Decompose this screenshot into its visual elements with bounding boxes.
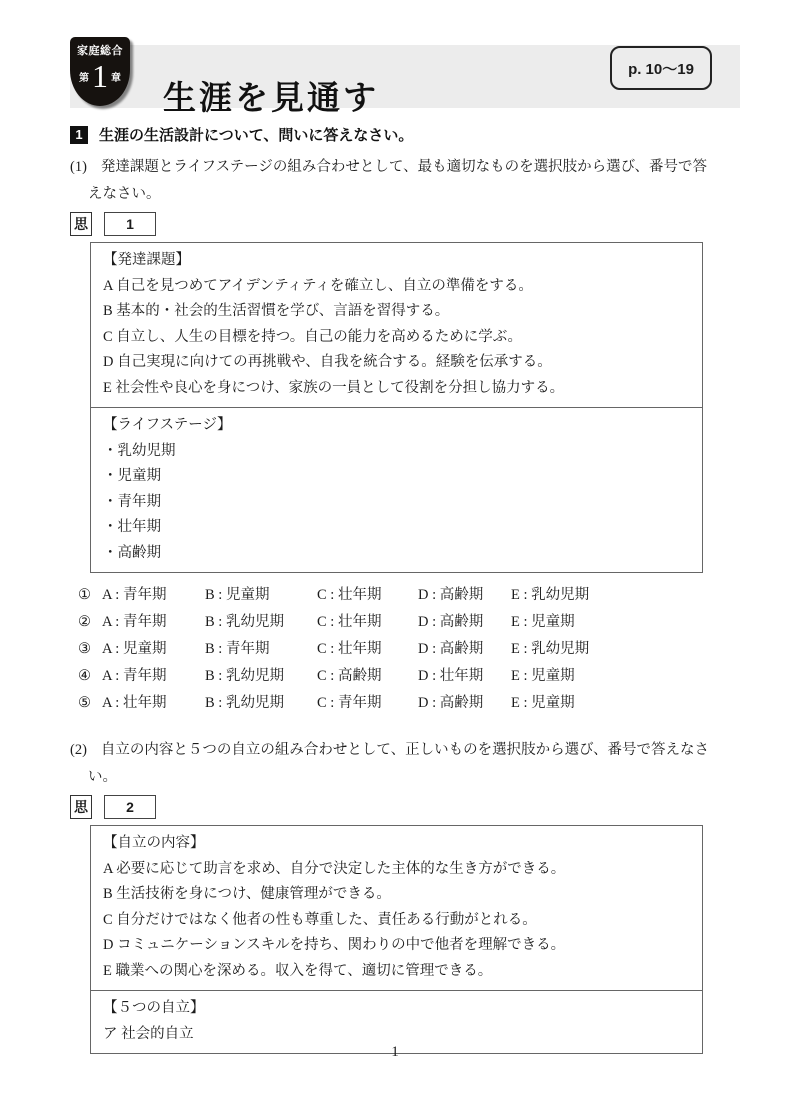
choice-cell-b: B : 児童期 xyxy=(205,582,317,609)
choice-cell-e: E : 乳幼児期 xyxy=(511,582,742,609)
choice-cell-e: E : 児童期 xyxy=(511,690,742,717)
choice-list: ① A : 青年期 B : 児童期 C : 壮年期 D : 高齢期 E : 乳幼… xyxy=(78,582,742,717)
task-item-e: E 社会性や良心を身につけ、家族の一員として役割を分担し協力する。 xyxy=(103,376,690,402)
choice-cell-d: D : 高齢期 xyxy=(418,690,511,717)
subquestion-1-label: (1) xyxy=(70,159,87,175)
subquestion-2-line2: い。 xyxy=(88,764,742,791)
life-stage-item: ・児童期 xyxy=(103,464,690,490)
chapter-number: 1 xyxy=(92,59,108,93)
life-stage-section: 【ライフステージ】 ・乳幼児期 ・児童期 ・青年期 ・壮年期 ・高齢期 xyxy=(91,407,702,572)
life-stage-item: ・高齢期 xyxy=(103,541,690,567)
independence-item-d: D コミュニケーションスキルを持ち、関わりの中で他者を理解できる。 xyxy=(103,933,690,959)
choice-cell-d: D : 高齢期 xyxy=(418,636,511,663)
choice-cell-a: A : 壮年期 xyxy=(102,690,205,717)
choice-cell-c: C : 高齢期 xyxy=(317,663,418,690)
section-title: 【発達課題】 xyxy=(103,248,690,274)
life-stage-item: ・乳幼児期 xyxy=(103,439,690,465)
choice-cell-d: D : 壮年期 xyxy=(418,663,511,690)
subquestion-1-line2: えなさい。 xyxy=(88,181,742,208)
chapter-badge: 家庭総合 第 1 章 xyxy=(70,37,130,106)
choice-marker: ① xyxy=(78,582,102,609)
answer-number-box-1: 1 xyxy=(104,212,156,236)
question-number-icon: 1 xyxy=(70,126,88,144)
subquestion-2-line1: 自立の内容と５つの自立の組み合わせとして、正しいものを選択肢から選び、番号で答え… xyxy=(101,742,709,758)
chapter-suffix: 章 xyxy=(111,69,121,84)
choice-cell-d: D : 高齢期 xyxy=(418,609,511,636)
choice-cell-c: C : 壮年期 xyxy=(317,609,418,636)
thinking-skill-tag: 思 xyxy=(70,795,92,819)
answer-number-box-2: 2 xyxy=(104,795,156,819)
choice-cell-a: A : 青年期 xyxy=(102,582,205,609)
independence-item-e: E 職業への関心を深める。収入を得て、適切に管理できる。 xyxy=(103,959,690,985)
page-title: 生涯を見通す xyxy=(163,78,379,118)
question-1-heading-text: 生涯の生活設計について、問いに答えなさい。 xyxy=(99,124,413,145)
choice-cell-c: C : 青年期 xyxy=(317,690,418,717)
course-label: 家庭総合 xyxy=(70,46,130,57)
choice-row-5: ⑤ A : 壮年期 B : 乳幼児期 C : 青年期 D : 高齢期 E : 児… xyxy=(78,690,742,717)
choice-cell-a: A : 青年期 xyxy=(102,663,205,690)
independence-item-c: C 自分だけではなく他者の性も尊重した、責任ある行動がとれる。 xyxy=(103,908,690,934)
chapter-label: 第 1 章 xyxy=(70,59,130,93)
choice-cell-e: E : 児童期 xyxy=(511,609,742,636)
choice-row-1: ① A : 青年期 B : 児童期 C : 壮年期 D : 高齢期 E : 乳幼… xyxy=(78,582,742,609)
choice-row-4: ④ A : 青年期 B : 乳幼児期 C : 高齢期 D : 壮年期 E : 児… xyxy=(78,663,742,690)
choice-marker: ③ xyxy=(78,636,102,663)
choice-cell-c: C : 壮年期 xyxy=(317,582,418,609)
choice-cell-b: B : 乳幼児期 xyxy=(205,663,317,690)
thinking-skill-tag: 思 xyxy=(70,212,92,236)
answer-row-1: 思 1 xyxy=(70,211,742,236)
choice-cell-e: E : 児童期 xyxy=(511,663,742,690)
choice-marker: ④ xyxy=(78,663,102,690)
life-stage-item: ・壮年期 xyxy=(103,515,690,541)
task-item-a: A 自己を見つめてアイデンティティを確立し、自立の準備をする。 xyxy=(103,274,690,300)
worksheet-body: 1 生涯の生活設計について、問いに答えなさい。 (1)発達課題とライフステージの… xyxy=(0,0,790,1054)
section-title: 【５つの自立】 xyxy=(103,996,690,1022)
choice-cell-c: C : 壮年期 xyxy=(317,636,418,663)
subquestion-2-text: (2)自立の内容と５つの自立の組み合わせとして、正しいものを選択肢から選び、番号… xyxy=(70,737,742,764)
choice-cell-a: A : 児童期 xyxy=(102,636,205,663)
choice-row-3: ③ A : 児童期 B : 青年期 C : 壮年期 D : 高齢期 E : 乳幼… xyxy=(78,636,742,663)
development-tasks-box: 【発達課題】 A 自己を見つめてアイデンティティを確立し、自立の準備をする。 B… xyxy=(90,242,703,573)
choice-cell-d: D : 高齢期 xyxy=(418,582,511,609)
choice-cell-b: B : 乳幼児期 xyxy=(205,690,317,717)
independence-item-b: B 生活技術を身につけ、健康管理ができる。 xyxy=(103,882,690,908)
choice-cell-a: A : 青年期 xyxy=(102,609,205,636)
choice-marker: ② xyxy=(78,609,102,636)
task-item-c: C 自立し、人生の目標を持つ。自己の能力を高めるために学ぶ。 xyxy=(103,325,690,351)
section-title: 【ライフステージ】 xyxy=(103,413,690,439)
task-item-b: B 基本的・社会的生活習慣を学び、言語を習得する。 xyxy=(103,299,690,325)
choice-cell-e: E : 乳幼児期 xyxy=(511,636,742,663)
choice-cell-b: B : 青年期 xyxy=(205,636,317,663)
section-title: 【自立の内容】 xyxy=(103,831,690,857)
choice-row-2: ② A : 青年期 B : 乳幼児期 C : 壮年期 D : 高齢期 E : 児… xyxy=(78,609,742,636)
independence-box: 【自立の内容】 A 必要に応じて助言を求め、自分で決定した主体的な生き方ができる… xyxy=(90,825,703,1054)
task-item-d: D 自己実現に向けての再挑戦や、自我を統合する。経験を伝承する。 xyxy=(103,350,690,376)
subquestion-1-line1: 発達課題とライフステージの組み合わせとして、最も適切なものを選択肢から選び、番号… xyxy=(101,159,707,175)
independence-content-section: 【自立の内容】 A 必要に応じて助言を求め、自分で決定した主体的な生き方ができる… xyxy=(91,826,702,990)
chapter-prefix: 第 xyxy=(79,69,89,84)
development-tasks-section: 【発達課題】 A 自己を見つめてアイデンティティを確立し、自立の準備をする。 B… xyxy=(91,243,702,407)
subquestion-2-label: (2) xyxy=(70,742,87,758)
textbook-page-range-badge: p. 10～19 xyxy=(610,46,712,90)
life-stage-item: ・青年期 xyxy=(103,490,690,516)
independence-item-a: A 必要に応じて助言を求め、自分で決定した主体的な生き方ができる。 xyxy=(103,857,690,883)
question-1-heading: 1 生涯の生活設計について、問いに答えなさい。 xyxy=(70,124,742,145)
choice-marker: ⑤ xyxy=(78,690,102,717)
answer-row-2: 思 2 xyxy=(70,794,742,819)
page-number: 1 xyxy=(0,1044,790,1061)
subquestion-1-text: (1)発達課題とライフステージの組み合わせとして、最も適切なものを選択肢から選び… xyxy=(70,154,742,181)
worksheet-page: 家庭総合 第 1 章 生涯を見通す p. 10～19 1 生涯の生活設計について… xyxy=(0,0,790,1117)
choice-cell-b: B : 乳幼児期 xyxy=(205,609,317,636)
